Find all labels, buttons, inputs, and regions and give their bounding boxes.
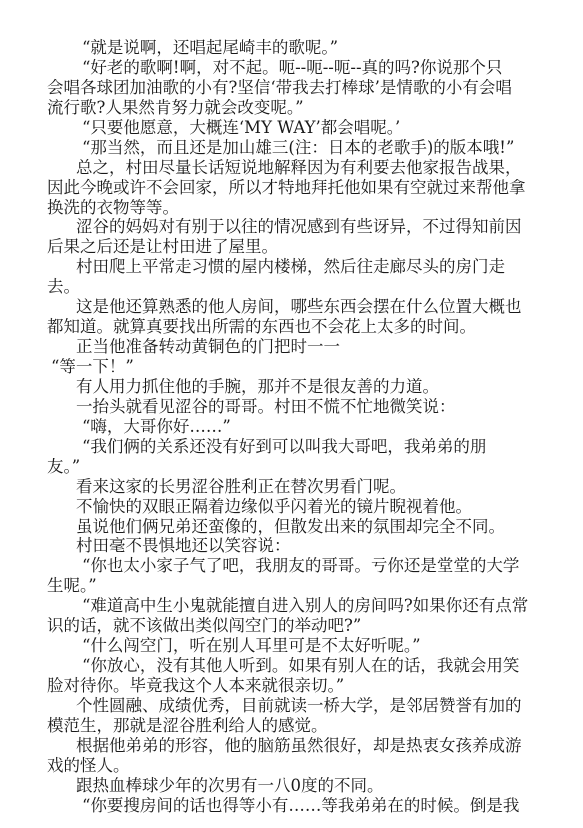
text-line: 识的话，就不该做出类似闯空门的举动吧?”: [47, 616, 531, 636]
document-page: “就是说啊，还唱起尾崎丰的歌呢。”“好老的歌啊!啊，对不起。呃--呃--呃--真…: [47, 38, 531, 816]
text-line: 这是他还算熟悉的他人房间，哪些东西会摆在什么位置大概也: [47, 297, 531, 317]
text-line: “你要搜房间的话也得等小有……等我弟弟在的时候。倒是我: [47, 796, 531, 816]
text-line: 村田毫不畏惧地还以笑容说：: [47, 536, 531, 556]
text-line: “你也太小家子气了吧，我朋友的哥哥。亏你还是堂堂的大学: [47, 556, 531, 576]
text-line: 跟热血棒球少年的次男有一八0度的不同。: [47, 776, 531, 796]
text-line: 有人用力抓住他的手腕，那并不是很友善的力道。: [47, 377, 531, 397]
text-line: 因此今晚或许不会回家，所以才特地拜托他如果有空就过来帮他拿: [47, 178, 531, 198]
text-line: 涩谷的妈妈对有别于以往的情况感到有些讶异，不过得知前因: [47, 217, 531, 237]
text-line: 不愉快的双眼正隔着边缘似乎闪着光的镜片睨视着他。: [47, 497, 531, 517]
text-line: 虽说他们俩兄弟还蛮像的，但散发出来的氛围却完全不同。: [47, 517, 531, 537]
text-line: “你放心，没有其他人听到。如果有别人在的话，我就会用笑: [47, 656, 531, 676]
text-line: “只要他愿意，大概连‘MY WAY’都会唱呢。’: [47, 118, 531, 138]
text-line: 换洗的衣物等等。: [47, 198, 531, 218]
text-line: 一抬头就看见涩谷的哥哥。村田不慌不忙地微笑说：: [47, 397, 531, 417]
text-line: 生呢。”: [47, 576, 531, 596]
text-line: 总之，村田尽量长话短说地解释因为有利要去他家报告战果，: [47, 158, 531, 178]
text-line: “就是说啊，还唱起尾崎丰的歌呢。”: [47, 38, 531, 58]
text-line: 去。: [47, 277, 531, 297]
text-line: “等一下！”: [47, 357, 531, 377]
text-line: “什么闯空门，听在别人耳里可是不太好听呢。”: [47, 636, 531, 656]
text-line: “我们俩的关系还没有好到可以叫我大哥吧，我弟弟的朋: [47, 437, 531, 457]
text-line: “那当然，而且还是加山雄三(注：日本的老歌手)的版本哦!”: [47, 138, 531, 158]
text-line: “好老的歌啊!啊，对不起。呃--呃--呃--真的吗?你说那个只: [47, 58, 531, 78]
text-line: 根据他弟弟的形容，他的脑筋虽然很好，却是热衷女孩养成游: [47, 736, 531, 756]
text-line: 个性圆融、成绩优秀，目前就读一桥大学，是邻居赞誉有加的: [47, 696, 531, 716]
text-line: 脸对待你。毕竟我这个人本来就很亲切。”: [47, 676, 531, 696]
text-line: 都知道。就算真要找出所需的东西也不会花上太多的时间。: [47, 317, 531, 337]
text-line: “嗨，大哥你好……”: [47, 417, 531, 437]
text-line: 后果之后还是让村田进了屋里。: [47, 237, 531, 257]
text-line: 友。”: [47, 457, 531, 477]
text-line: 村田爬上平常走习惯的屋内楼梯，然后往走廊尽头的房门走: [47, 257, 531, 277]
text-line: 戏的怪人。: [47, 756, 531, 776]
text-line: 会唱各球团加油歌的小有?坚信‘带我去打棒球’是情歌的小有会唱: [47, 78, 531, 98]
text-line: 模范生，那就是涩谷胜利给人的感觉。: [47, 716, 531, 736]
text-line: “难道高中生小鬼就能擅自进入别人的房间吗?如果你还有点常: [47, 596, 531, 616]
text-line: 流行歌?人果然肯努力就会改变呢。”: [47, 98, 531, 118]
text-line: 看来这家的长男涩谷胜利正在替次男看门呢。: [47, 477, 531, 497]
text-line: 正当他准备转动黄铜色的门把时一一: [47, 337, 531, 357]
